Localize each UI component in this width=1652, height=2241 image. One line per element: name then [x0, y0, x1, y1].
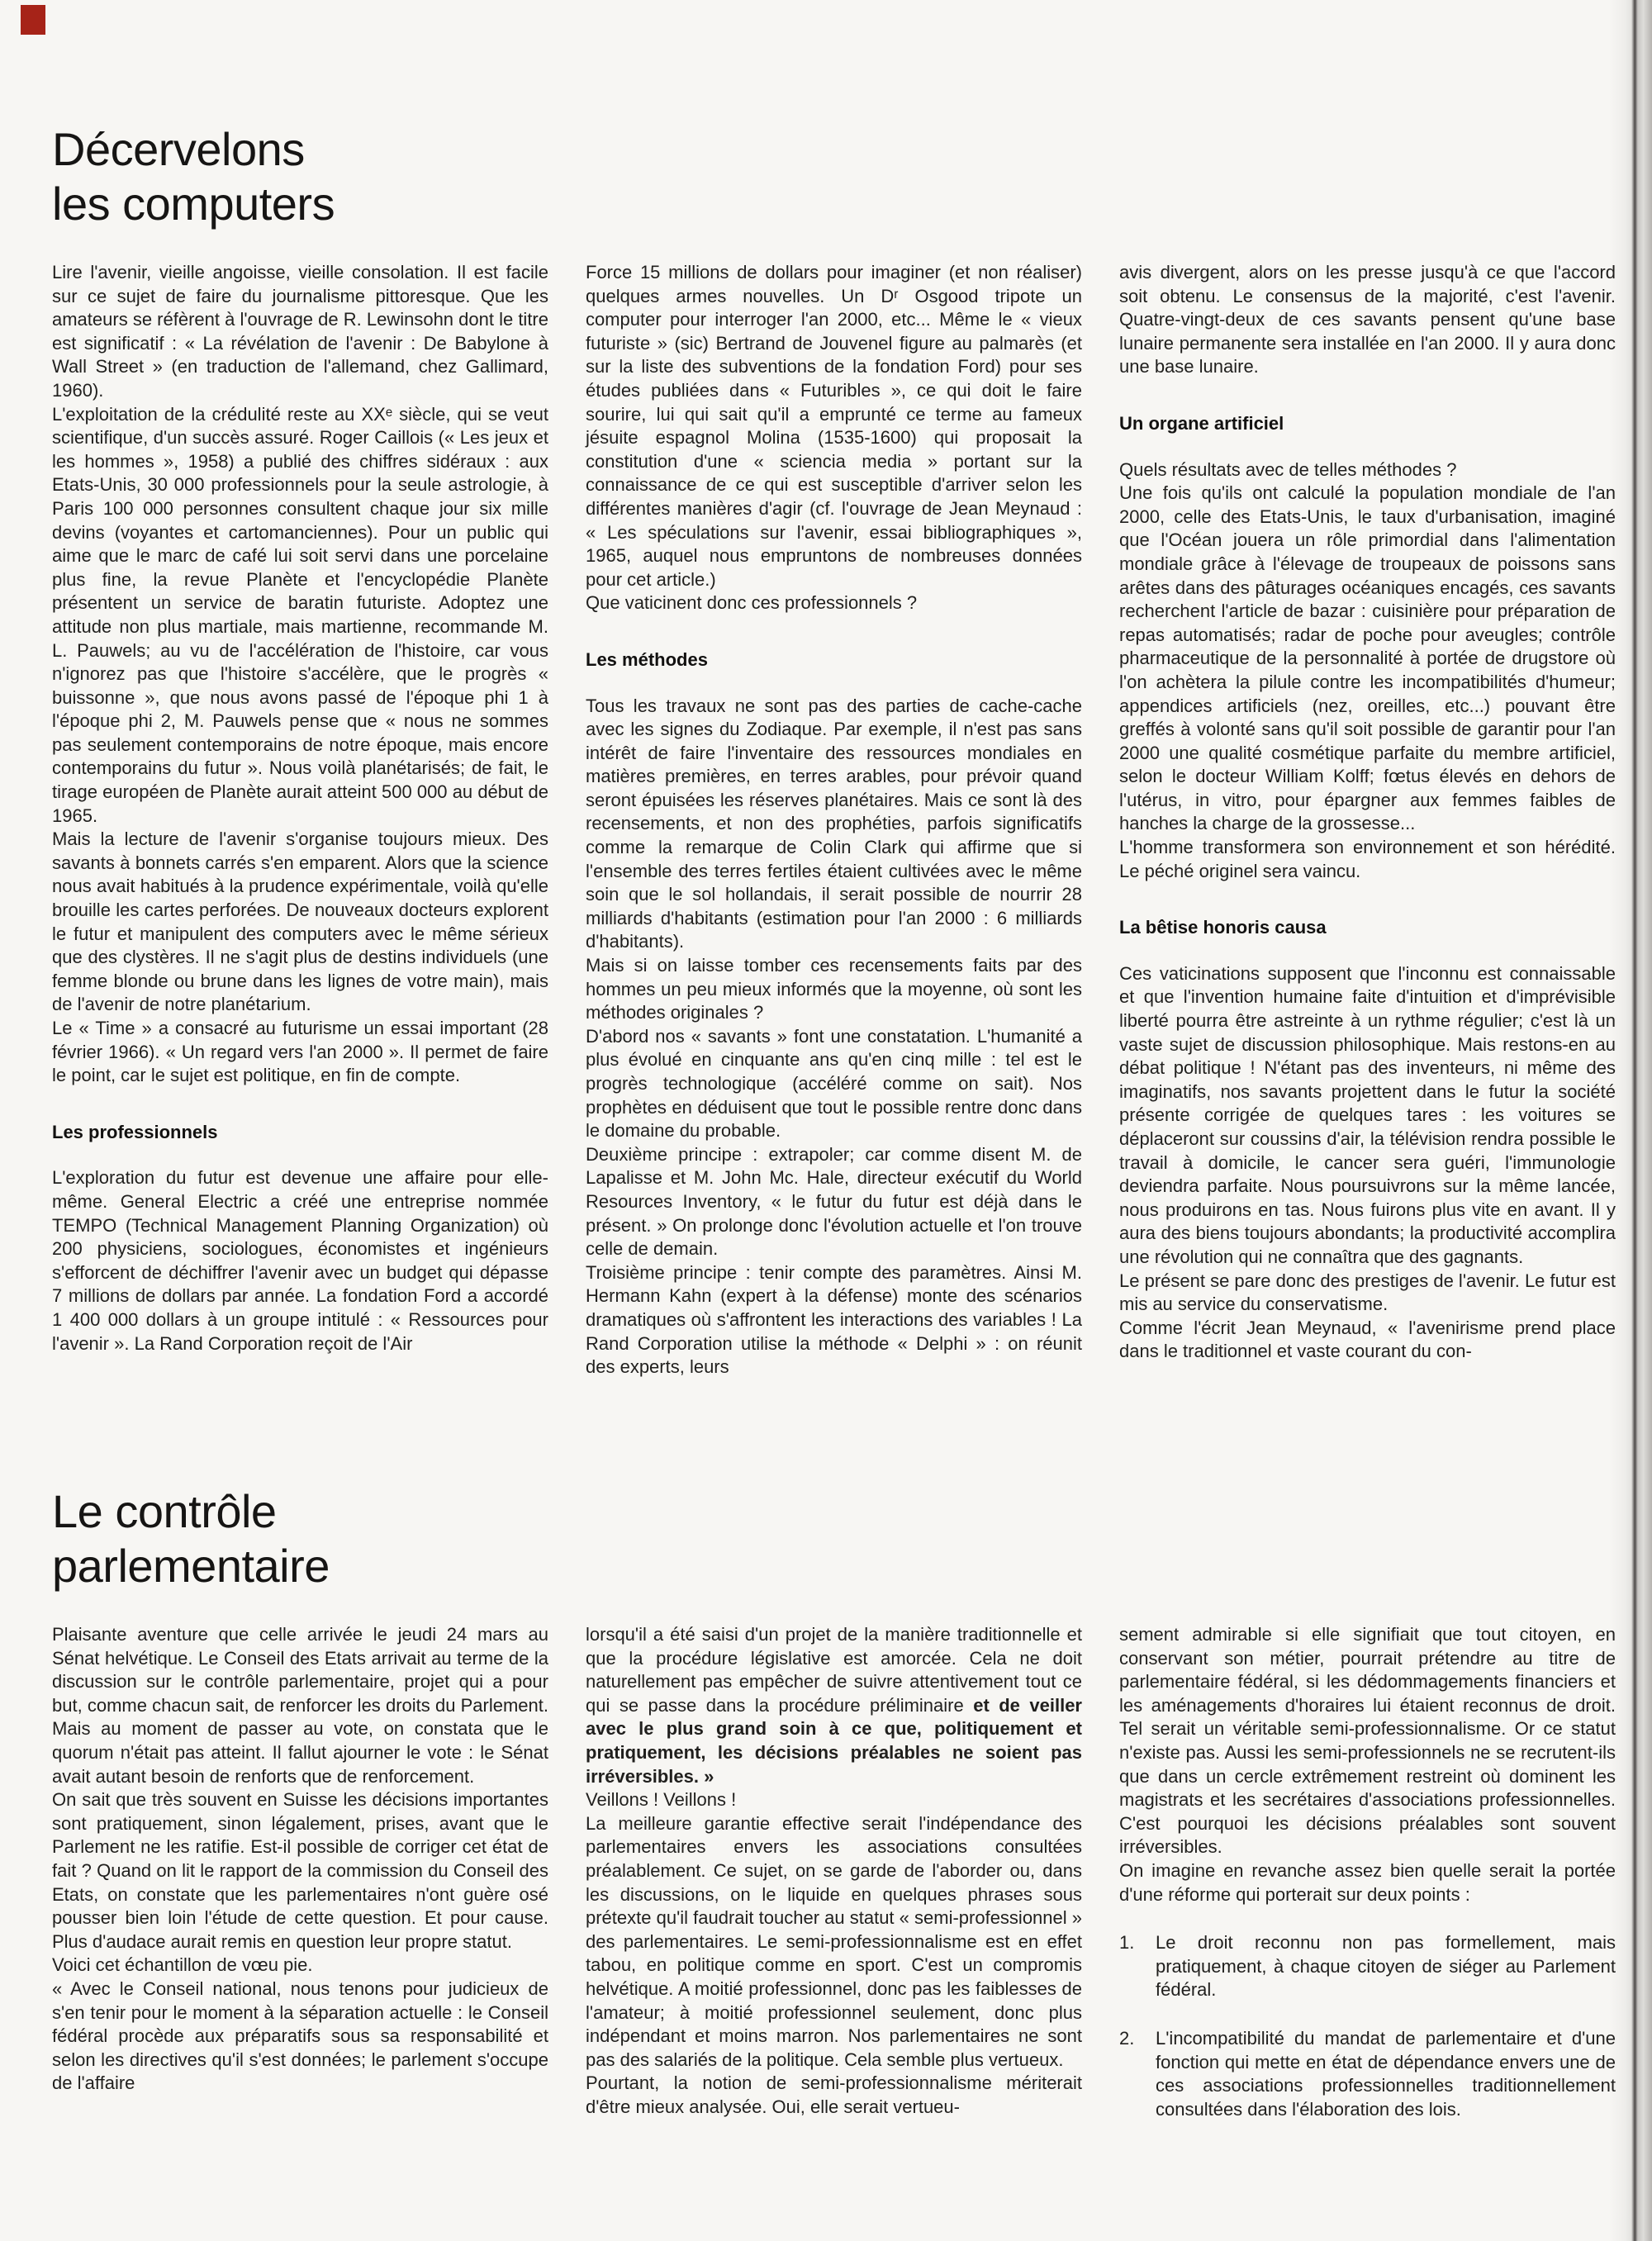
paragraph: Ces vaticinations supposent que l'inconn… — [1119, 962, 1616, 1270]
list-item: 2.L'incompatibilité du mandat de parleme… — [1119, 2027, 1616, 2121]
article-le-controle-parlementaire: Le contrôle parlementaire Plaisante aven… — [52, 1484, 1616, 2121]
article-title: Le contrôle parlementaire — [52, 1484, 1616, 1593]
paragraph: L'exploration du futur est devenue une a… — [52, 1166, 548, 1356]
paragraph: Le présent se pare donc des prestiges de… — [1119, 1270, 1616, 1317]
paragraph: avis divergent, alors on les presse jusq… — [1119, 261, 1616, 379]
paragraph: Une fois qu'ils ont calculé la populatio… — [1119, 482, 1616, 836]
article-title-line: Décervelons — [52, 122, 1616, 177]
article-title-line: les computers — [52, 177, 1616, 231]
list-item-text: Le droit reconnu non pas formellement, m… — [1156, 1931, 1616, 2002]
paragraph: Mais la lecture de l'avenir s'organise t… — [52, 828, 548, 1017]
paragraph: On imagine en revanche assez bien quelle… — [1119, 1859, 1616, 1906]
section-subhead: Un organe artificiel — [1119, 412, 1616, 436]
paragraph: Lire l'avenir, vieille angoisse, vieille… — [52, 261, 548, 403]
list-number: 1. — [1119, 1931, 1156, 2002]
text-column: Lire l'avenir, vieille angoisse, vieille… — [52, 261, 548, 1379]
article-decervelons-les-computers: Décervelons les computers Lire l'avenir,… — [52, 122, 1616, 1379]
paragraph: Plaisante aventure que celle arrivée le … — [52, 1623, 548, 1788]
list-item: 1.Le droit reconnu non pas formellement,… — [1119, 1931, 1616, 2002]
article-columns: Lire l'avenir, vieille angoisse, vieille… — [52, 261, 1616, 1379]
paragraph: Mais si on laisse tomber ces recensement… — [586, 954, 1082, 1025]
text-column: Plaisante aventure que celle arrivée le … — [52, 1623, 548, 2121]
section-subhead: Les méthodes — [586, 648, 1082, 672]
paragraph: Voici cet échantillon de vœu pie. — [52, 1954, 548, 1977]
paragraph: Quels résultats avec de telles méthodes … — [1119, 458, 1616, 482]
text-column: sement admirable si elle signifiait que … — [1119, 1623, 1616, 2121]
paragraph: La meilleure garantie effective serait l… — [586, 1812, 1082, 2072]
paragraph: On sait que très souvent en Suisse les d… — [52, 1788, 548, 1954]
red-corner-mark — [21, 5, 45, 35]
paragraph: Veillons ! Veillons ! — [586, 1788, 1082, 1812]
paragraph: Deuxième principe : extrapoler; car comm… — [586, 1143, 1082, 1261]
paragraph: Force 15 millions de dollars pour imagin… — [586, 261, 1082, 591]
paragraph: Comme l'écrit Jean Meynaud, « l'aveniris… — [1119, 1317, 1616, 1364]
magazine-page: Décervelons les computers Lire l'avenir,… — [0, 0, 1652, 2241]
text-column: lorsqu'il a été saisi d'un projet de la … — [586, 1623, 1082, 2121]
paragraph: sement admirable si elle signifiait que … — [1119, 1623, 1616, 1859]
section-subhead: Les professionnels — [52, 1121, 548, 1145]
paragraph: Tous les travaux ne sont pas des parties… — [586, 695, 1082, 955]
article-columns: Plaisante aventure que celle arrivée le … — [52, 1623, 1616, 2121]
text-column: avis divergent, alors on les presse jusq… — [1119, 261, 1616, 1379]
article-title-line: Le contrôle — [52, 1484, 1616, 1539]
text-column: Force 15 millions de dollars pour imagin… — [586, 261, 1082, 1379]
paragraph: lorsqu'il a été saisi d'un projet de la … — [586, 1623, 1082, 1788]
paragraph: L'homme transformera son environnement e… — [1119, 836, 1616, 883]
paragraph: Que vaticinent donc ces professionnels ? — [586, 591, 1082, 615]
paragraph: D'abord nos « savants » font une constat… — [586, 1025, 1082, 1143]
paragraph: Troisième principe : tenir compte des pa… — [586, 1261, 1082, 1379]
list-number: 2. — [1119, 2027, 1156, 2121]
article-title: Décervelons les computers — [52, 122, 1616, 231]
paragraph: L'exploitation de la crédulité reste au … — [52, 403, 548, 829]
list-item-text: L'incompatibilité du mandat de parlement… — [1156, 2027, 1616, 2121]
paragraph: Pourtant, la notion de semi-professionna… — [586, 2072, 1082, 2119]
article-title-line: parlementaire — [52, 1539, 1616, 1593]
paragraph: « Avec le Conseil national, nous tenons … — [52, 1977, 548, 2096]
section-subhead: La bêtise honoris causa — [1119, 916, 1616, 940]
paragraph: Le « Time » a consacré au futurisme un e… — [52, 1017, 548, 1088]
